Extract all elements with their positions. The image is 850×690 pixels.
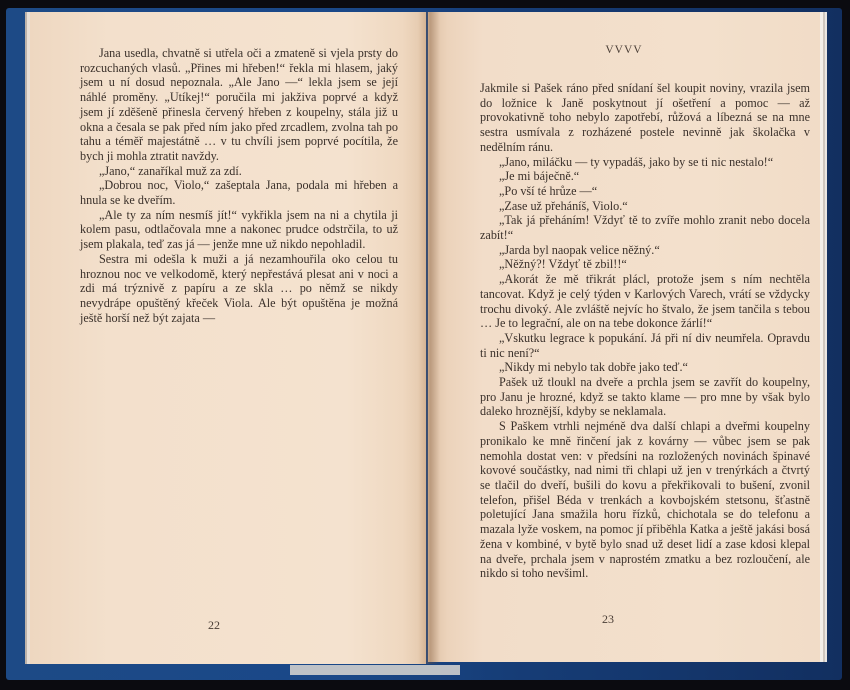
paragraph: Sestra mi odešla k muži a já nezamhouřil… [80,252,398,326]
page-number-left: 22 [208,618,220,633]
paragraph: „Nikdy mi nebylo tak dobře jako teď.“ [480,360,810,375]
paragraph: Pašek už tloukl na dveře a prchla jsem s… [480,375,810,419]
paragraph: „Něžný?! Vždyť tě zbil!!“ [480,257,810,272]
paragraph: „Jano,“ zanaříkal muž za zdí. [80,164,398,179]
paragraph: „Tak já přeháním! Vždyť tě to zvíře mohl… [480,213,810,242]
left-page: Jana usedla, chvatně si utřela oči a zma… [30,12,426,664]
right-page: VVVV Jakmile si Pašek ráno před snídaní … [428,12,820,662]
paragraph: Jakmile si Pašek ráno před snídaní šel k… [480,81,810,155]
cover-edge-strip [290,665,460,675]
paragraph: „Vskutku legrace k popukání. Já při ní d… [480,331,810,360]
paragraph: S Paškem vtrhli nejméně dva další chlapi… [480,419,810,581]
paragraph: „Ale ty za ním nesmíš jít!“ vykřikla jse… [80,208,398,252]
paragraph: „Po vší té hrůze —“ [480,184,810,199]
paragraph: „Zase už přeháníš, Violo.“ [480,199,810,214]
paragraph: „Jarda byl naopak velice něžný.“ [480,243,810,258]
left-page-text: Jana usedla, chvatně si utřela oči a zma… [80,46,398,325]
paragraph: „Akorát že mě třikrát plácl, protože jse… [480,272,810,331]
paragraph: Jana usedla, chvatně si utřela oči a zma… [80,46,398,164]
paragraph: „Je mi báječně.“ [480,169,810,184]
right-page-text: Jakmile si Pašek ráno před snídaní šel k… [480,81,810,581]
page-number-right: 23 [602,612,614,627]
section-mark: VVVV [428,44,820,56]
paragraph: „Jano, miláčku — ty vypadáš, jako by se … [480,155,810,170]
paragraph: „Dobrou noc, Violo,“ zašeptala Jana, pod… [80,178,398,207]
